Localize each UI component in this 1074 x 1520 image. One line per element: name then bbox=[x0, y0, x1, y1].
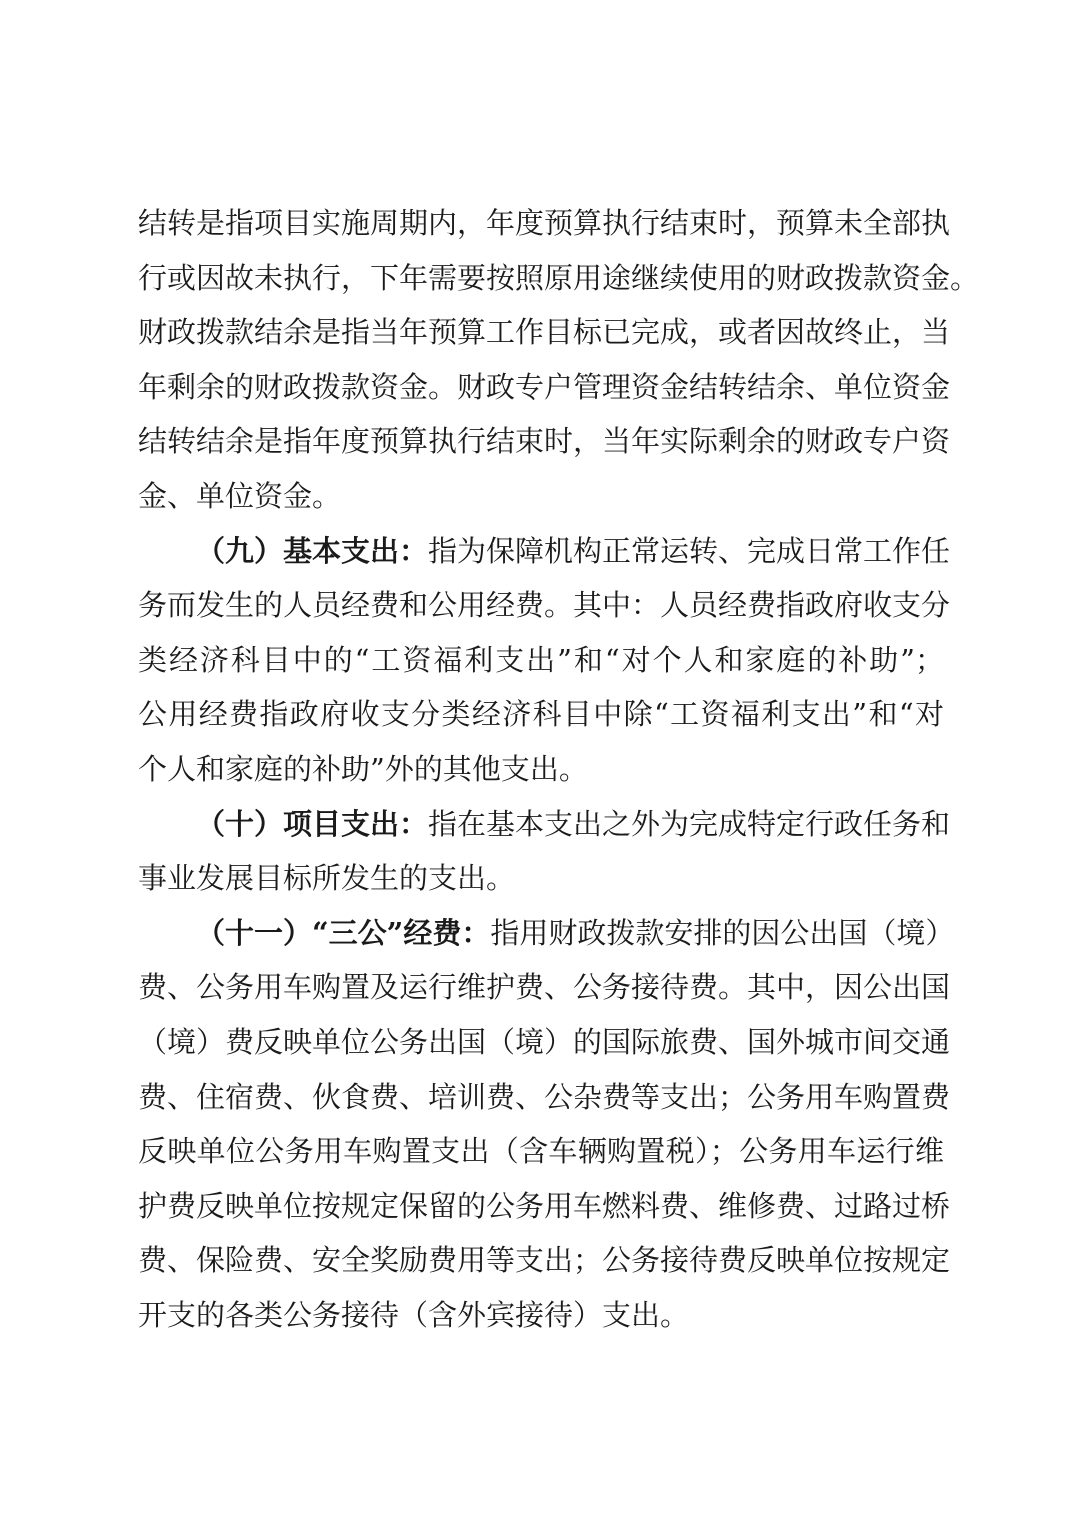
text-line-item-9-basic-expenditure: （九）基本支出：指为保障机构正常运转、完成日常工作任 bbox=[138, 524, 944, 579]
text-segment: 护费反映单位按规定保留的公务用车燃料费、维修费、过路过桥 bbox=[138, 1189, 950, 1223]
item-heading-label: （十）项目支出： bbox=[196, 807, 428, 841]
text-line-item-11-three-public-funds: 反映单位公务用车购置支出（含车辆购置税）；公务用车运行维 bbox=[138, 1124, 944, 1179]
text-segment: 财政拨款结余是指当年预算工作目标已完成，或者因故终止，当 bbox=[138, 315, 950, 349]
text-line-carryover-and-balance-definition: 结转结余是指年度预算执行结束时，当年实际剩余的财政专户资 bbox=[138, 414, 944, 469]
text-line-item-10-project-expenditure: （十）项目支出：指在基本支出之外为完成特定行政任务和 bbox=[138, 797, 944, 852]
item-heading-label: （九）基本支出： bbox=[196, 534, 428, 568]
text-segment: 金、单位资金。 bbox=[138, 479, 341, 513]
text-line-item-9-basic-expenditure: 务而发生的人员经费和公用经费。其中：人员经费指政府收支分 bbox=[138, 578, 944, 633]
text-line-item-11-three-public-funds: 费、公务用车购置及运行维护费、公务接待费。其中，因公出国 bbox=[138, 960, 944, 1015]
text-segment: 费、住宿费、伙食费、培训费、公杂费等支出；公务用车购置费 bbox=[138, 1080, 950, 1114]
text-segment: 年剩余的财政拨款资金。财政专户管理资金结转结余、单位资金 bbox=[138, 370, 950, 404]
text-segment: 指用财政拨款安排的因公出国（境） bbox=[490, 916, 954, 950]
text-segment: （境）费反映单位公务出国（境）的国际旅费、国外城市间交通 bbox=[138, 1025, 950, 1059]
text-line-carryover-and-balance-definition: 财政拨款结余是指当年预算工作目标已完成，或者因故终止，当 bbox=[138, 305, 944, 360]
text-line-carryover-and-balance-definition: 行或因故未执行，下年需要按照原用途继续使用的财政拨款资金。 bbox=[138, 251, 944, 306]
text-line-item-11-three-public-funds: 费、保险费、安全奖励费用等支出；公务接待费反映单位按规定 bbox=[138, 1233, 944, 1288]
text-line-item-11-three-public-funds: 费、住宿费、伙食费、培训费、公杂费等支出；公务用车购置费 bbox=[138, 1070, 944, 1125]
text-segment: 结转是指项目实施周期内，年度预算执行结束时，预算未全部执 bbox=[138, 206, 950, 240]
text-segment: 费、公务用车购置及运行维护费、公务接待费。其中，因公出国 bbox=[138, 970, 950, 1004]
text-line-item-9-basic-expenditure: 类经济科目中的“工资福利支出”和“对个人和家庭的补助”； bbox=[138, 633, 944, 688]
text-segment: 指在基本支出之外为完成特定行政任务和 bbox=[428, 807, 950, 841]
text-line-item-9-basic-expenditure: 个人和家庭的补助”外的其他支出。 bbox=[138, 742, 944, 797]
text-line-item-11-three-public-funds: 护费反映单位按规定保留的公务用车燃料费、维修费、过路过桥 bbox=[138, 1179, 944, 1234]
text-line-item-9-basic-expenditure: 公用经费指政府收支分类经济科目中除“工资福利支出”和“对 bbox=[138, 687, 944, 742]
item-heading-label: （十一）“三公”经费： bbox=[196, 916, 490, 950]
text-segment: 类经济科目中的“工资福利支出”和“对个人和家庭的补助”； bbox=[138, 643, 944, 677]
text-line-carryover-and-balance-definition: 年剩余的财政拨款资金。财政专户管理资金结转结余、单位资金 bbox=[138, 360, 944, 415]
text-segment: 结转结余是指年度预算执行结束时，当年实际剩余的财政专户资 bbox=[138, 424, 950, 458]
text-line-item-10-project-expenditure: 事业发展目标所发生的支出。 bbox=[138, 851, 944, 906]
text-line-item-11-three-public-funds: （十一）“三公”经费：指用财政拨款安排的因公出国（境） bbox=[138, 906, 944, 961]
text-line-carryover-and-balance-definition: 金、单位资金。 bbox=[138, 469, 944, 524]
text-line-item-11-three-public-funds: 开支的各类公务接待（含外宾接待）支出。 bbox=[138, 1288, 944, 1343]
text-segment: 公用经费指政府收支分类经济科目中除“工资福利支出”和“对 bbox=[138, 697, 944, 731]
text-segment: 指为保障机构正常运转、完成日常工作任 bbox=[428, 534, 950, 568]
text-segment: 费、保险费、安全奖励费用等支出；公务接待费反映单位按规定 bbox=[138, 1243, 950, 1277]
text-segment: 开支的各类公务接待（含外宾接待）支出。 bbox=[138, 1298, 689, 1332]
document-page: 结转是指项目实施周期内，年度预算执行结束时，预算未全部执行或因故未执行，下年需要… bbox=[0, 0, 1074, 1520]
text-line-item-11-three-public-funds: （境）费反映单位公务出国（境）的国际旅费、国外城市间交通 bbox=[138, 1015, 944, 1070]
text-segment: 个人和家庭的补助”外的其他支出。 bbox=[138, 752, 588, 786]
document-body: 结转是指项目实施周期内，年度预算执行结束时，预算未全部执行或因故未执行，下年需要… bbox=[138, 196, 944, 1342]
text-segment: 反映单位公务用车购置支出（含车辆购置税）；公务用车运行维 bbox=[138, 1134, 944, 1168]
text-segment: 务而发生的人员经费和公用经费。其中：人员经费指政府收支分 bbox=[138, 588, 950, 622]
text-segment: 事业发展目标所发生的支出。 bbox=[138, 861, 515, 895]
text-line-carryover-and-balance-definition: 结转是指项目实施周期内，年度预算执行结束时，预算未全部执 bbox=[138, 196, 944, 251]
text-segment: 行或因故未执行，下年需要按照原用途继续使用的财政拨款资金。 bbox=[138, 261, 979, 295]
